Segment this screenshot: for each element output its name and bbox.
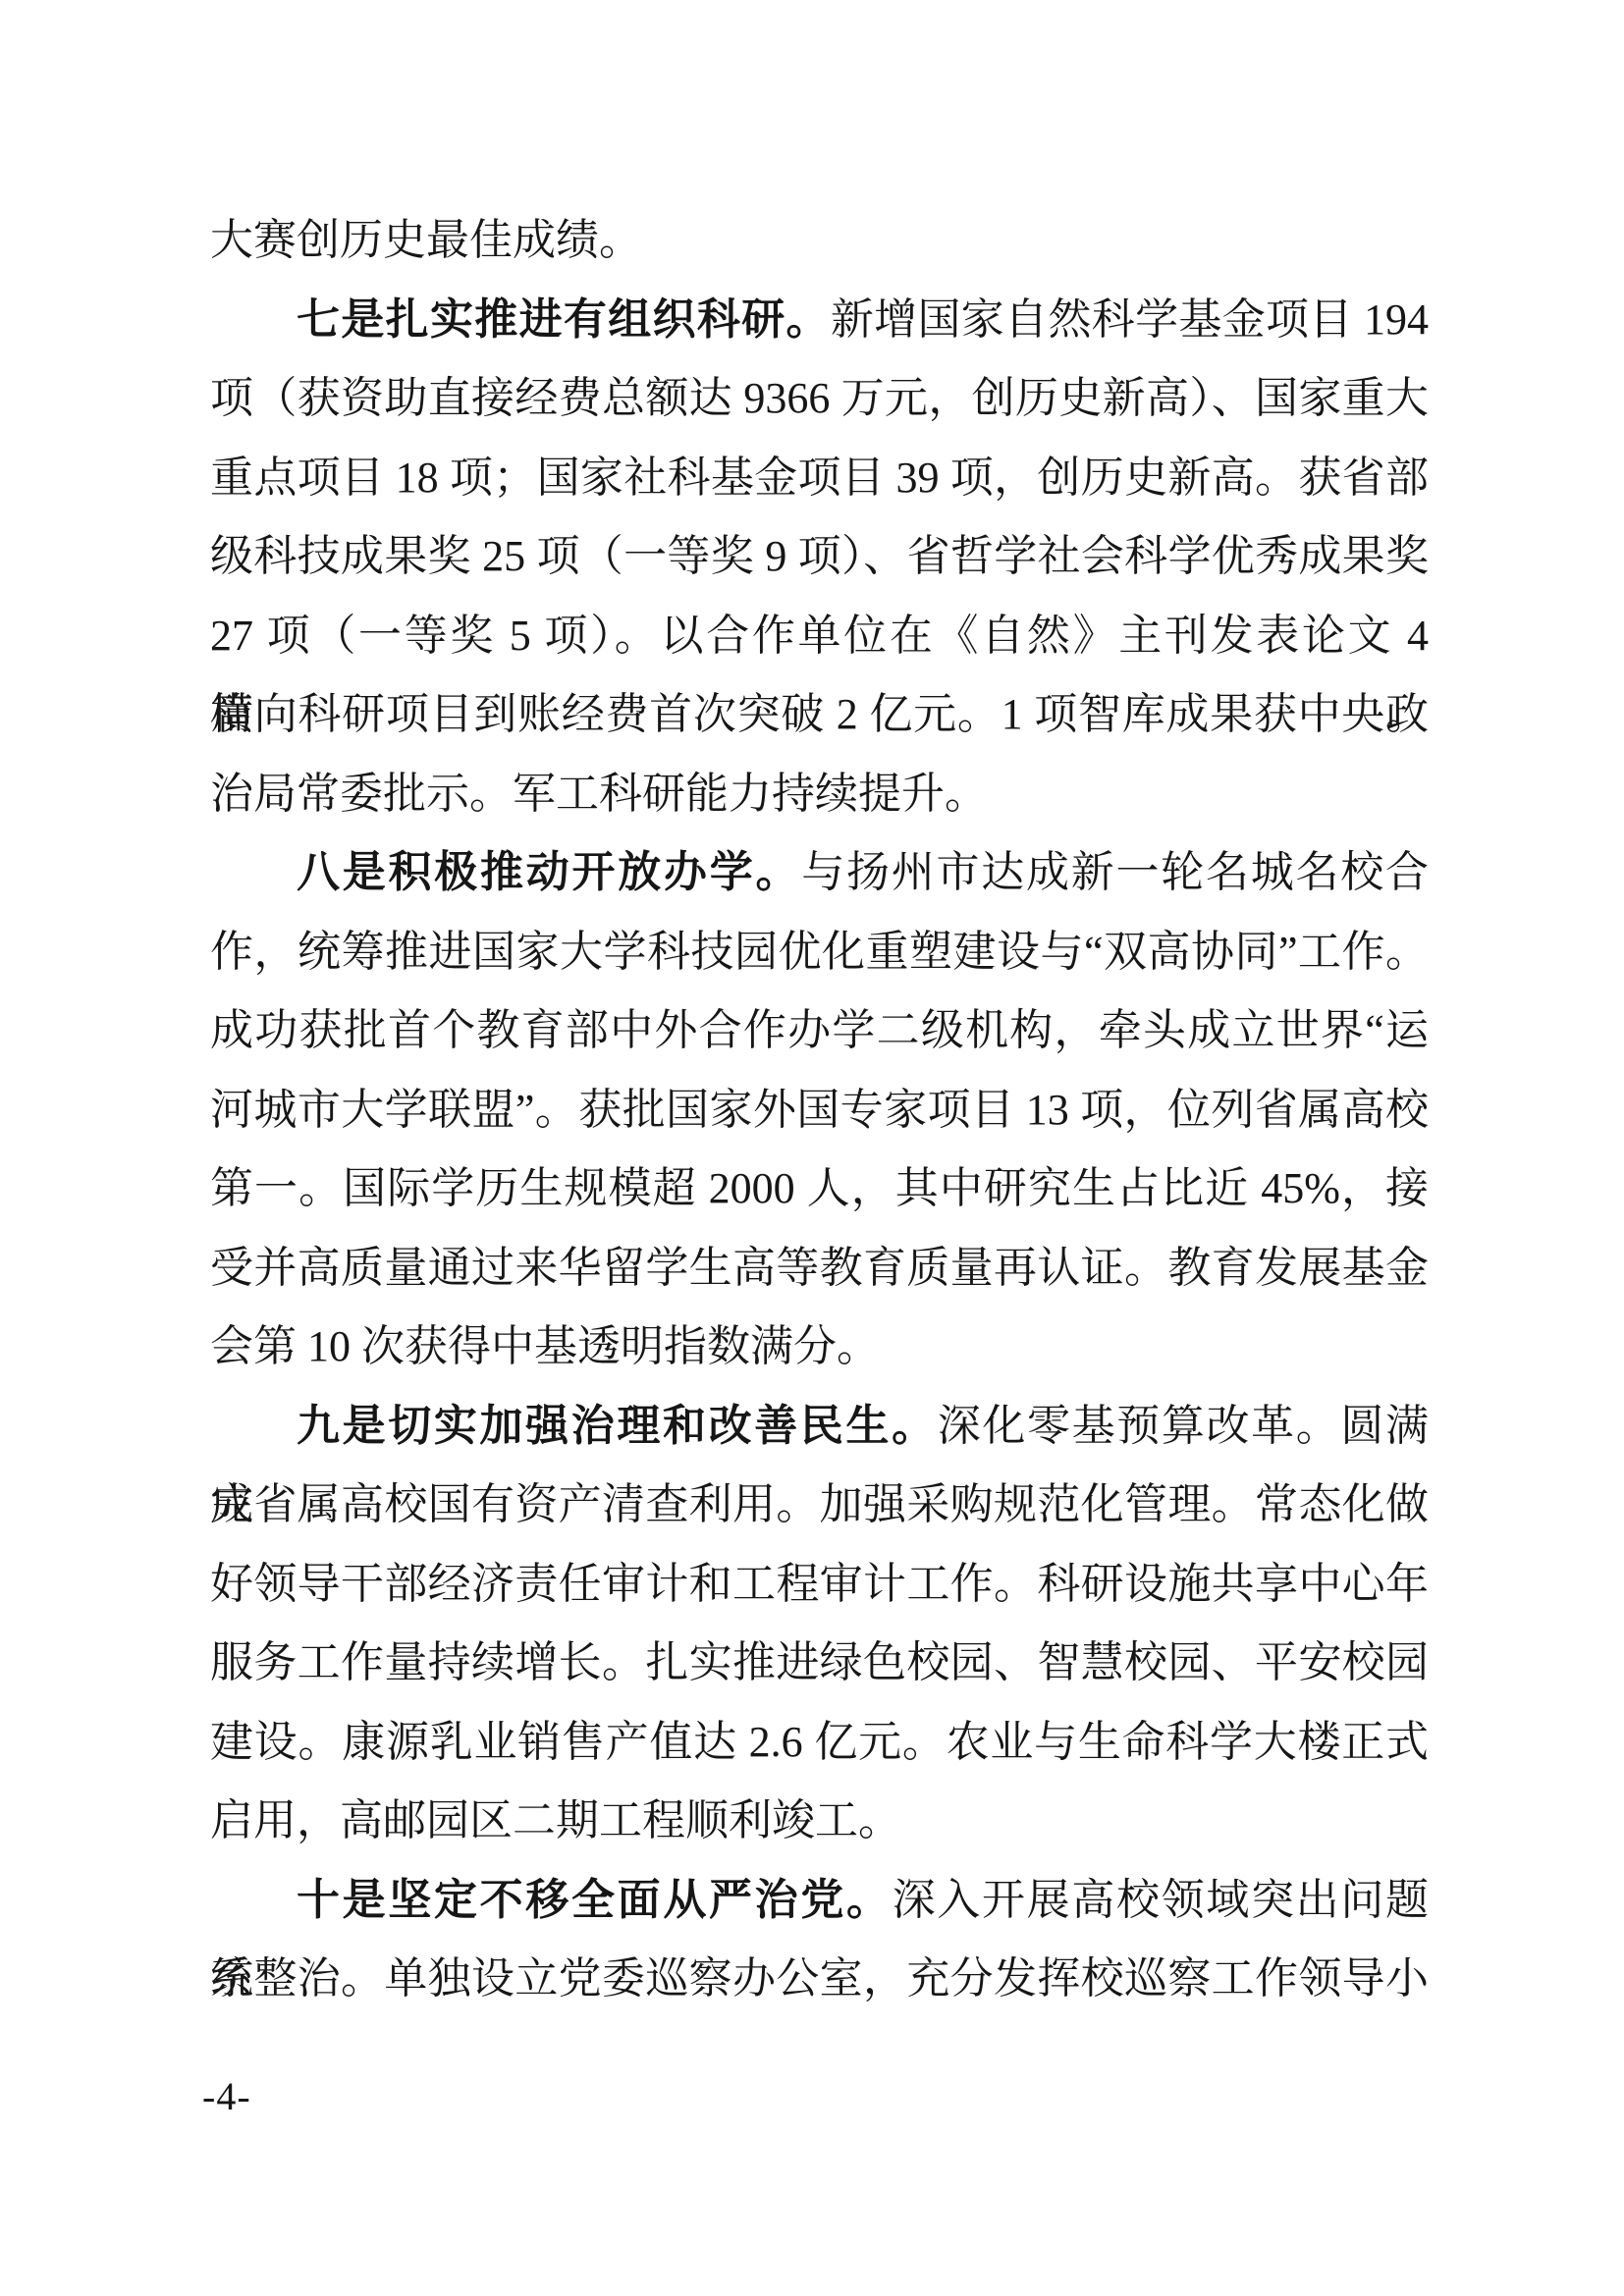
text-line: 横向科研项目到账经费首次突破 2 亿元。1 项智库成果获中央政 xyxy=(210,675,1429,755)
text-line: 成功获批首个教育部中外合作办学二级机构，牵头成立世界“运 xyxy=(210,991,1429,1071)
text-line: 八是积极推动开放办学。与扬州市达成新一轮名城名校合 xyxy=(210,833,1429,913)
text-line: 河城市大学联盟”。获批国家外国专家项目 13 项，位列省属高校 xyxy=(210,1071,1429,1150)
body-text: 横向科研项目到账经费首次突破 2 亿元。1 项智库成果获中央政 xyxy=(210,690,1429,738)
body-text: 统整治。单独设立党委巡察办公室，充分发挥校巡察工作领导小 xyxy=(210,1954,1429,2002)
paragraph-lead-nine: 九是切实加强治理和改善民生。 xyxy=(297,1402,938,1450)
page-number: -4- xyxy=(202,2073,251,2120)
text-line: 好领导干部经济责任审计和工程审计工作。科研设施共享中心年 xyxy=(210,1545,1429,1625)
body-text: 启用，高邮园区二期工程顺利竣工。 xyxy=(210,1796,901,1844)
body-text: 好领导干部经济责任审计和工程审计工作。科研设施共享中心年 xyxy=(210,1560,1429,1608)
paragraph-lead-ten: 十是坚定不移全面从严治党。 xyxy=(297,1876,893,1924)
body-text: 成省属高校国有资产清查利用。加强采购规范化管理。常态化做 xyxy=(210,1480,1429,1528)
text-line: 重点项目 18 项；国家社科基金项目 39 项，创历史新高。获省部 xyxy=(210,439,1429,518)
text-line: 启用，高邮园区二期工程顺利竣工。 xyxy=(210,1782,1429,1861)
document-body: 大赛创历史最佳成绩。 七是扎实推进有组织科研。新增国家自然科学基金项目 194 … xyxy=(210,201,1429,2019)
text-line: 级科技成果奖 25 项（一等奖 9 项）、省哲学社会科学优秀成果奖 xyxy=(210,517,1429,597)
body-text: 作，统筹推进国家大学科技园优化重塑建设与“双高协同”工作。 xyxy=(210,928,1429,976)
text-line: 建设。康源乳业销售产值达 2.6 亿元。农业与生命科学大楼正式 xyxy=(210,1703,1429,1783)
body-text: 大赛创历史最佳成绩。 xyxy=(210,216,642,264)
text-line: 第一。国际学历生规模超 2000 人，其中研究生占比近 45%，接 xyxy=(210,1149,1429,1229)
body-text: 新增国家自然科学基金项目 194 xyxy=(831,295,1429,344)
document-page: 大赛创历史最佳成绩。 七是扎实推进有组织科研。新增国家自然科学基金项目 194 … xyxy=(0,0,1624,2296)
text-line: 受并高质量通过来华留学生高等教育质量再认证。教育发展基金 xyxy=(210,1229,1429,1308)
body-text: 与扬州市达成新一轮名城名校合 xyxy=(801,848,1429,896)
body-text: 建设。康源乳业销售产值达 2.6 亿元。农业与生命科学大楼正式 xyxy=(210,1718,1429,1766)
text-line: 成省属高校国有资产清查利用。加强采购规范化管理。常态化做 xyxy=(210,1466,1429,1545)
body-text: 河城市大学联盟”。获批国家外国专家项目 13 项，位列省属高校 xyxy=(210,1086,1429,1134)
text-line: 会第 10 次获得中基透明指数满分。 xyxy=(210,1308,1429,1387)
body-text: 重点项目 18 项；国家社科基金项目 39 项，创历史新高。获省部 xyxy=(210,454,1429,502)
body-text: 成功获批首个教育部中外合作办学二级机构，牵头成立世界“运 xyxy=(210,1006,1429,1054)
body-text: 治局常委批示。军工科研能力持续提升。 xyxy=(210,770,988,818)
paragraph-lead-eight: 八是积极推动开放办学。 xyxy=(297,848,801,896)
body-text: 会第 10 次获得中基透明指数满分。 xyxy=(210,1322,880,1370)
text-line: 项（获资助直接经费总额达 9366 万元，创历史新高）、国家重大 xyxy=(210,359,1429,439)
text-line: 九是切实加强治理和改善民生。深化零基预算改革。圆满完 xyxy=(210,1387,1429,1467)
text-line: 十是坚定不移全面从严治党。深入开展高校领域突出问题系 xyxy=(210,1861,1429,1941)
text-line: 治局常委批示。军工科研能力持续提升。 xyxy=(210,755,1429,834)
text-line: 大赛创历史最佳成绩。 xyxy=(210,201,1429,281)
body-text: 级科技成果奖 25 项（一等奖 9 项）、省哲学社会科学优秀成果奖 xyxy=(210,532,1429,580)
text-line: 统整治。单独设立党委巡察办公室，充分发挥校巡察工作领导小 xyxy=(210,1940,1429,2019)
text-line: 七是扎实推进有组织科研。新增国家自然科学基金项目 194 xyxy=(210,281,1429,360)
body-text: 服务工作量持续增长。扎实推进绿色校园、智慧校园、平安校园 xyxy=(210,1638,1429,1686)
paragraph-lead-seven: 七是扎实推进有组织科研。 xyxy=(297,295,831,344)
text-line: 作，统筹推进国家大学科技园优化重塑建设与“双高协同”工作。 xyxy=(210,913,1429,992)
body-text: 受并高质量通过来华留学生高等教育质量再认证。教育发展基金 xyxy=(210,1244,1429,1292)
text-line: 27 项（一等奖 5 项）。以合作单位在《自然》主刊发表论文 4 篇。 xyxy=(210,597,1429,676)
text-line: 服务工作量持续增长。扎实推进绿色校园、智慧校园、平安校园 xyxy=(210,1624,1429,1703)
body-text: 项（获资助直接经费总额达 9366 万元，创历史新高）、国家重大 xyxy=(210,374,1429,422)
body-text: 第一。国际学历生规模超 2000 人，其中研究生占比近 45%，接 xyxy=(210,1164,1429,1212)
